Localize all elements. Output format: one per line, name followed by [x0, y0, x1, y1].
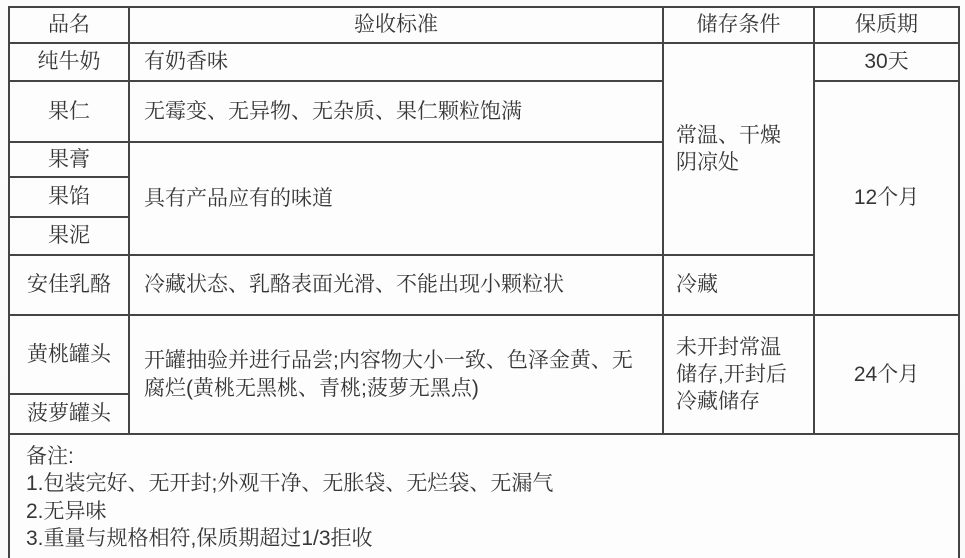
- cell-cheese-storage: 冷藏: [663, 255, 814, 315]
- cell-milk-name: 纯牛奶: [9, 43, 129, 81]
- cell-cheese-standard: 冷藏状态、乳酪表面光滑、不能出现小颗粒状: [129, 255, 663, 315]
- cell-shelf-12-months: 12个月: [814, 81, 959, 315]
- remarks-line-1: 1.包装完好、无开封;外观干净、无胀袋、无烂袋、无漏气: [26, 470, 942, 497]
- cell-paste-name: 果膏: [9, 142, 129, 177]
- cell-remarks: 备注: 1.包装完好、无开封;外观干净、无胀袋、无烂袋、无漏气 2.无异味 3.…: [9, 434, 959, 558]
- cell-nuts-standard: 无霉变、无异物、无杂质、果仁颗粒饱满: [129, 81, 663, 142]
- row-canned-peach: 黄桃罐头 开罐抽验并进行品尝;内容物大小一致、色泽金黄、无腐烂(黄桃无黑桃、青桃…: [9, 315, 959, 394]
- row-milk: 纯牛奶 有奶香味 常温、干燥阴凉处 30天: [9, 43, 959, 81]
- cell-flavor-standard: 具有产品应有的味道: [129, 142, 663, 255]
- cell-cheese-name: 安佳乳酪: [9, 255, 129, 315]
- row-nuts: 果仁 无霉变、无异物、无杂质、果仁颗粒饱满 12个月: [9, 81, 959, 142]
- cell-nuts-name: 果仁: [9, 81, 129, 142]
- cell-canned-standard: 开罐抽验并进行品尝;内容物大小一致、色泽金黄、无腐烂(黄桃无黑桃、青桃;菠萝无黑…: [129, 315, 663, 434]
- header-row: 品名 验收标准 储存条件 保质期: [9, 7, 959, 43]
- remarks-line-2: 2.无异味: [26, 498, 942, 525]
- header-shelf-life: 保质期: [814, 7, 959, 43]
- remarks-line-3: 3.重量与规格相符,保质期超过1/3拒收: [26, 525, 942, 552]
- cell-shelf-24-months: 24个月: [814, 315, 959, 434]
- document-page: 品名 验收标准 储存条件 保质期 纯牛奶 有奶香味 常温、干燥阴凉处 30天 果…: [0, 0, 965, 558]
- cell-milk-standard: 有奶香味: [129, 43, 663, 81]
- header-standard: 验收标准: [129, 7, 663, 43]
- cell-room-storage: 常温、干燥阴凉处: [663, 43, 814, 255]
- cell-puree-name: 果泥: [9, 217, 129, 255]
- header-product: 品名: [9, 7, 129, 43]
- cell-peach-name: 黄桃罐头: [9, 315, 129, 394]
- header-storage: 储存条件: [663, 7, 814, 43]
- cell-filling-name: 果馅: [9, 177, 129, 217]
- cell-pineapple-name: 菠萝罐头: [9, 394, 129, 434]
- acceptance-standards-table: 品名 验收标准 储存条件 保质期 纯牛奶 有奶香味 常温、干燥阴凉处 30天 果…: [8, 6, 960, 558]
- cell-canned-storage: 未开封常温储存,开封后冷藏储存: [663, 315, 814, 434]
- row-remarks: 备注: 1.包装完好、无开封;外观干净、无胀袋、无烂袋、无漏气 2.无异味 3.…: [9, 434, 959, 558]
- remarks-title: 备注:: [26, 443, 942, 470]
- cell-milk-shelf: 30天: [814, 43, 959, 81]
